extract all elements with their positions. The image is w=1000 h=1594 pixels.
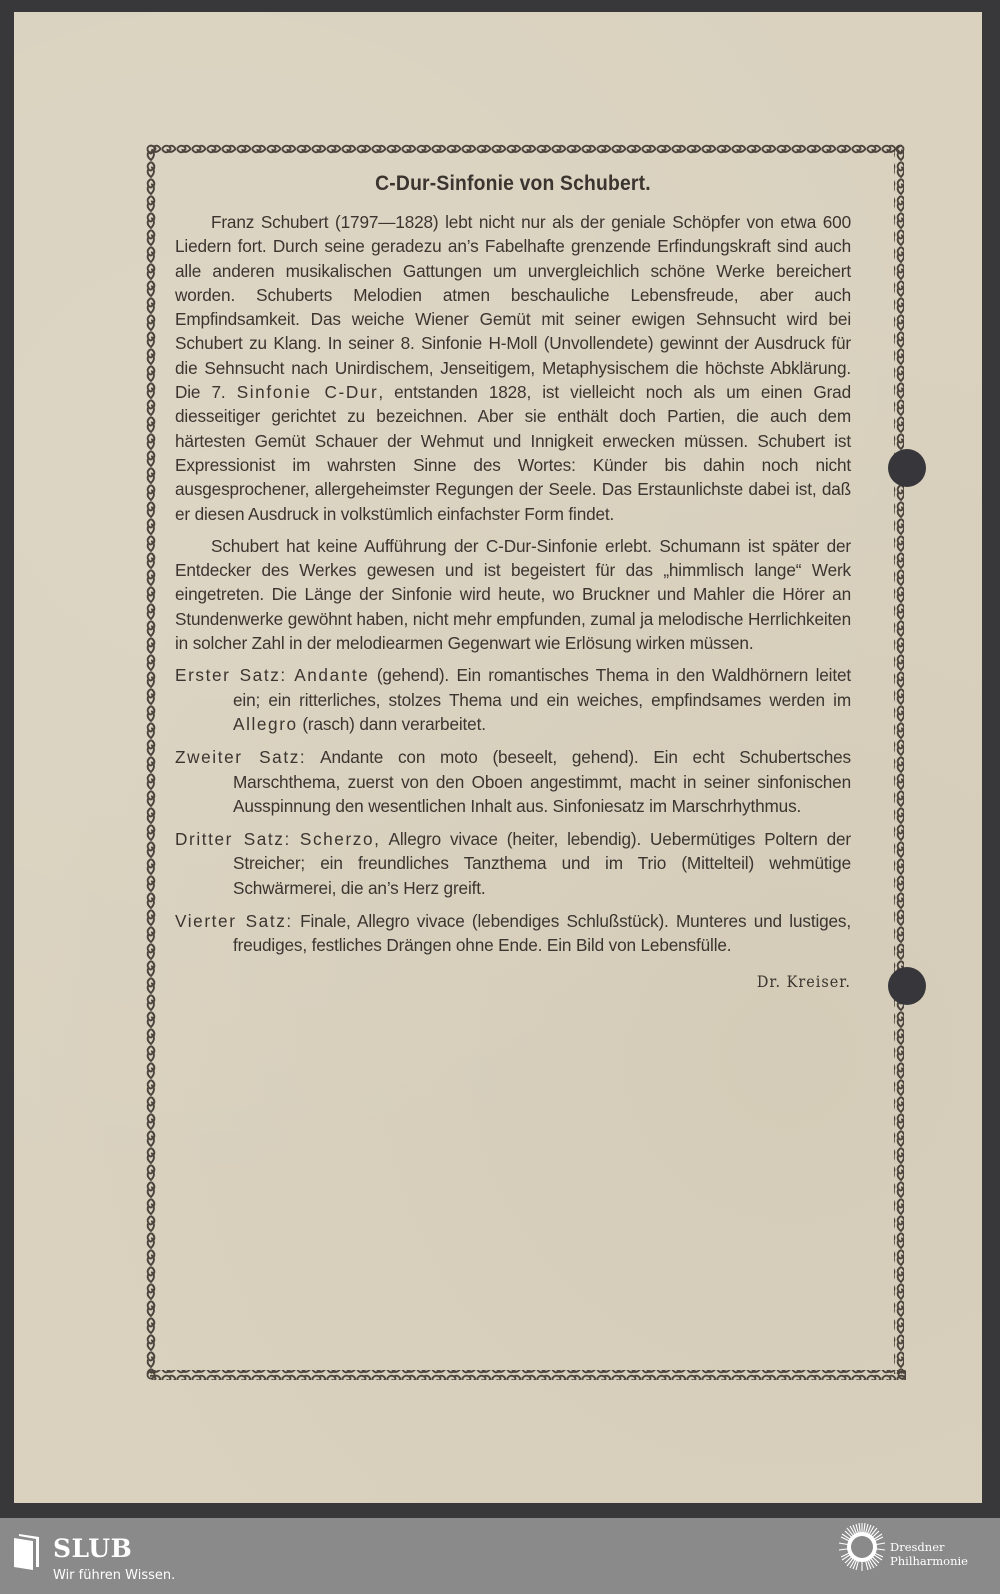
sunburst-ring-icon bbox=[838, 1522, 886, 1572]
author-signature: Dr. Kreiser. bbox=[175, 972, 851, 991]
program-note: C-Dur-Sinfonie von Schubert. Franz Schub… bbox=[175, 168, 851, 991]
slub-logo-text: SLUB bbox=[53, 1534, 132, 1563]
punch-hole bbox=[888, 449, 926, 487]
movement-2: Zweiter Satz: Andante con moto (beseelt,… bbox=[175, 745, 851, 818]
page-title: C-Dur-Sinfonie von Schubert. bbox=[202, 172, 824, 196]
movement-label: Zweiter Satz: bbox=[175, 747, 306, 767]
book-pages-icon bbox=[14, 1534, 40, 1570]
movement-tempo: Andante bbox=[294, 665, 369, 685]
movement-3: Dritter Satz: Scherzo, Allegro vivace (h… bbox=[175, 827, 851, 900]
intro-paragraph: Franz Schubert (1797—1828) lebt nicht nu… bbox=[175, 210, 851, 526]
dresdner-philharmonie-logo-text: Dresdner Philharmonie bbox=[890, 1540, 968, 1568]
movement-label: Dritter Satz: bbox=[175, 829, 291, 849]
punch-hole bbox=[888, 967, 926, 1005]
movement-label: Erster Satz: bbox=[175, 665, 287, 685]
movement-1: Erster Satz: Andante (gehend). Ein roman… bbox=[175, 663, 851, 736]
movement-tempo: Scherzo, bbox=[300, 829, 381, 849]
movement-4: Vierter Satz: Finale, Allegro vivace (le… bbox=[175, 909, 851, 958]
movement-label: Vierter Satz: bbox=[175, 911, 293, 931]
spaced-emphasis: Sinfonie C-Dur bbox=[237, 382, 379, 402]
viewer-footer: SLUB Wir führen Wissen. Dresdner Philhar… bbox=[0, 1518, 1000, 1594]
slub-tagline: Wir führen Wissen. bbox=[53, 1568, 175, 1583]
history-paragraph: Schubert hat keine Aufführung der C-Dur-… bbox=[175, 534, 851, 655]
